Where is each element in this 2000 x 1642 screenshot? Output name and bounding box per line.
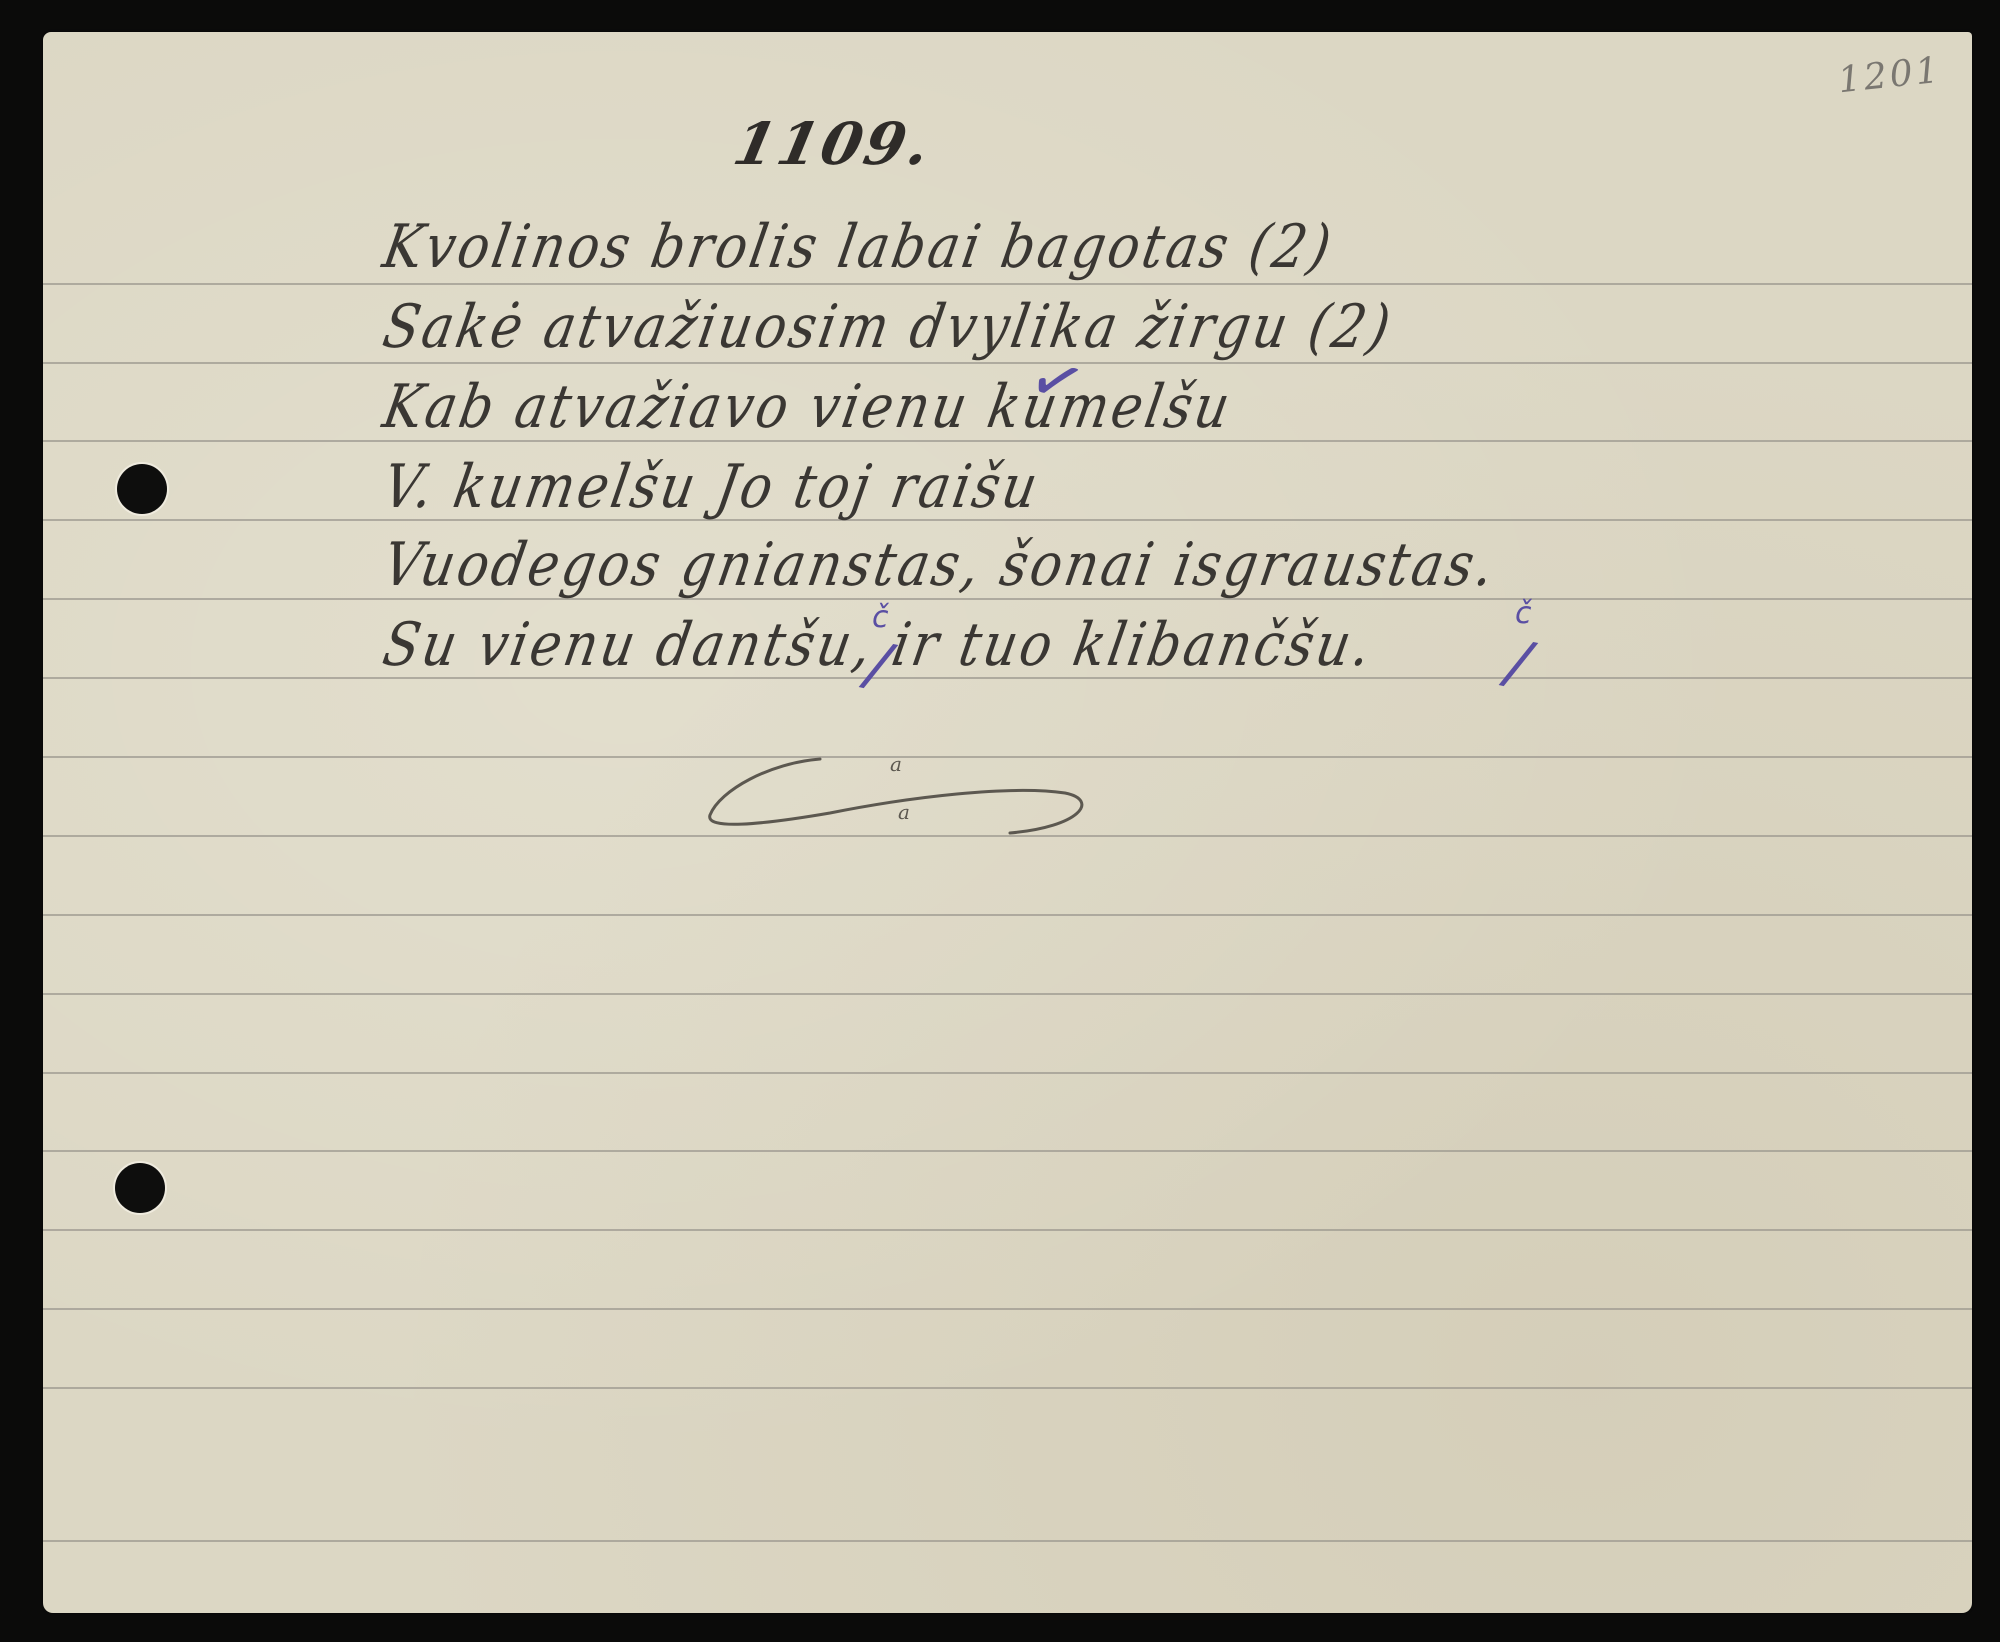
ruled-line xyxy=(43,1072,1972,1074)
ruled-line xyxy=(43,993,1972,995)
ruled-line xyxy=(43,1540,1972,1542)
ruled-line xyxy=(43,283,1972,285)
ruled-line xyxy=(43,1150,1972,1152)
verse-line-1: Kvolinos brolis labai bagotas (2) xyxy=(378,213,1339,282)
flourish-mark-lower: a xyxy=(898,800,913,824)
verse-line-4: V. kumelšu Jo toj raišu xyxy=(378,453,1045,522)
item-number: 1109. xyxy=(728,110,939,178)
verse-line-5: Vuodegos gnianstas, šonai isgraustas. xyxy=(378,531,1502,600)
punch-hole-upper xyxy=(117,464,167,514)
verse-line-2: Sakė atvažiuosim dvylika žirgu (2) xyxy=(378,293,1398,362)
ruled-line xyxy=(43,835,1972,837)
verse-line-3: Kab atvažiavo vienu kumelšu xyxy=(378,373,1238,442)
ruled-line xyxy=(43,914,1972,916)
ruled-line xyxy=(43,1229,1972,1231)
ruled-line xyxy=(43,362,1972,364)
ruled-line xyxy=(43,1308,1972,1310)
ruled-line xyxy=(43,1387,1972,1389)
correction-mark-2: č xyxy=(1515,596,1532,631)
punch-hole-lower xyxy=(115,1163,165,1213)
flourish-mark-upper: a xyxy=(890,752,905,776)
